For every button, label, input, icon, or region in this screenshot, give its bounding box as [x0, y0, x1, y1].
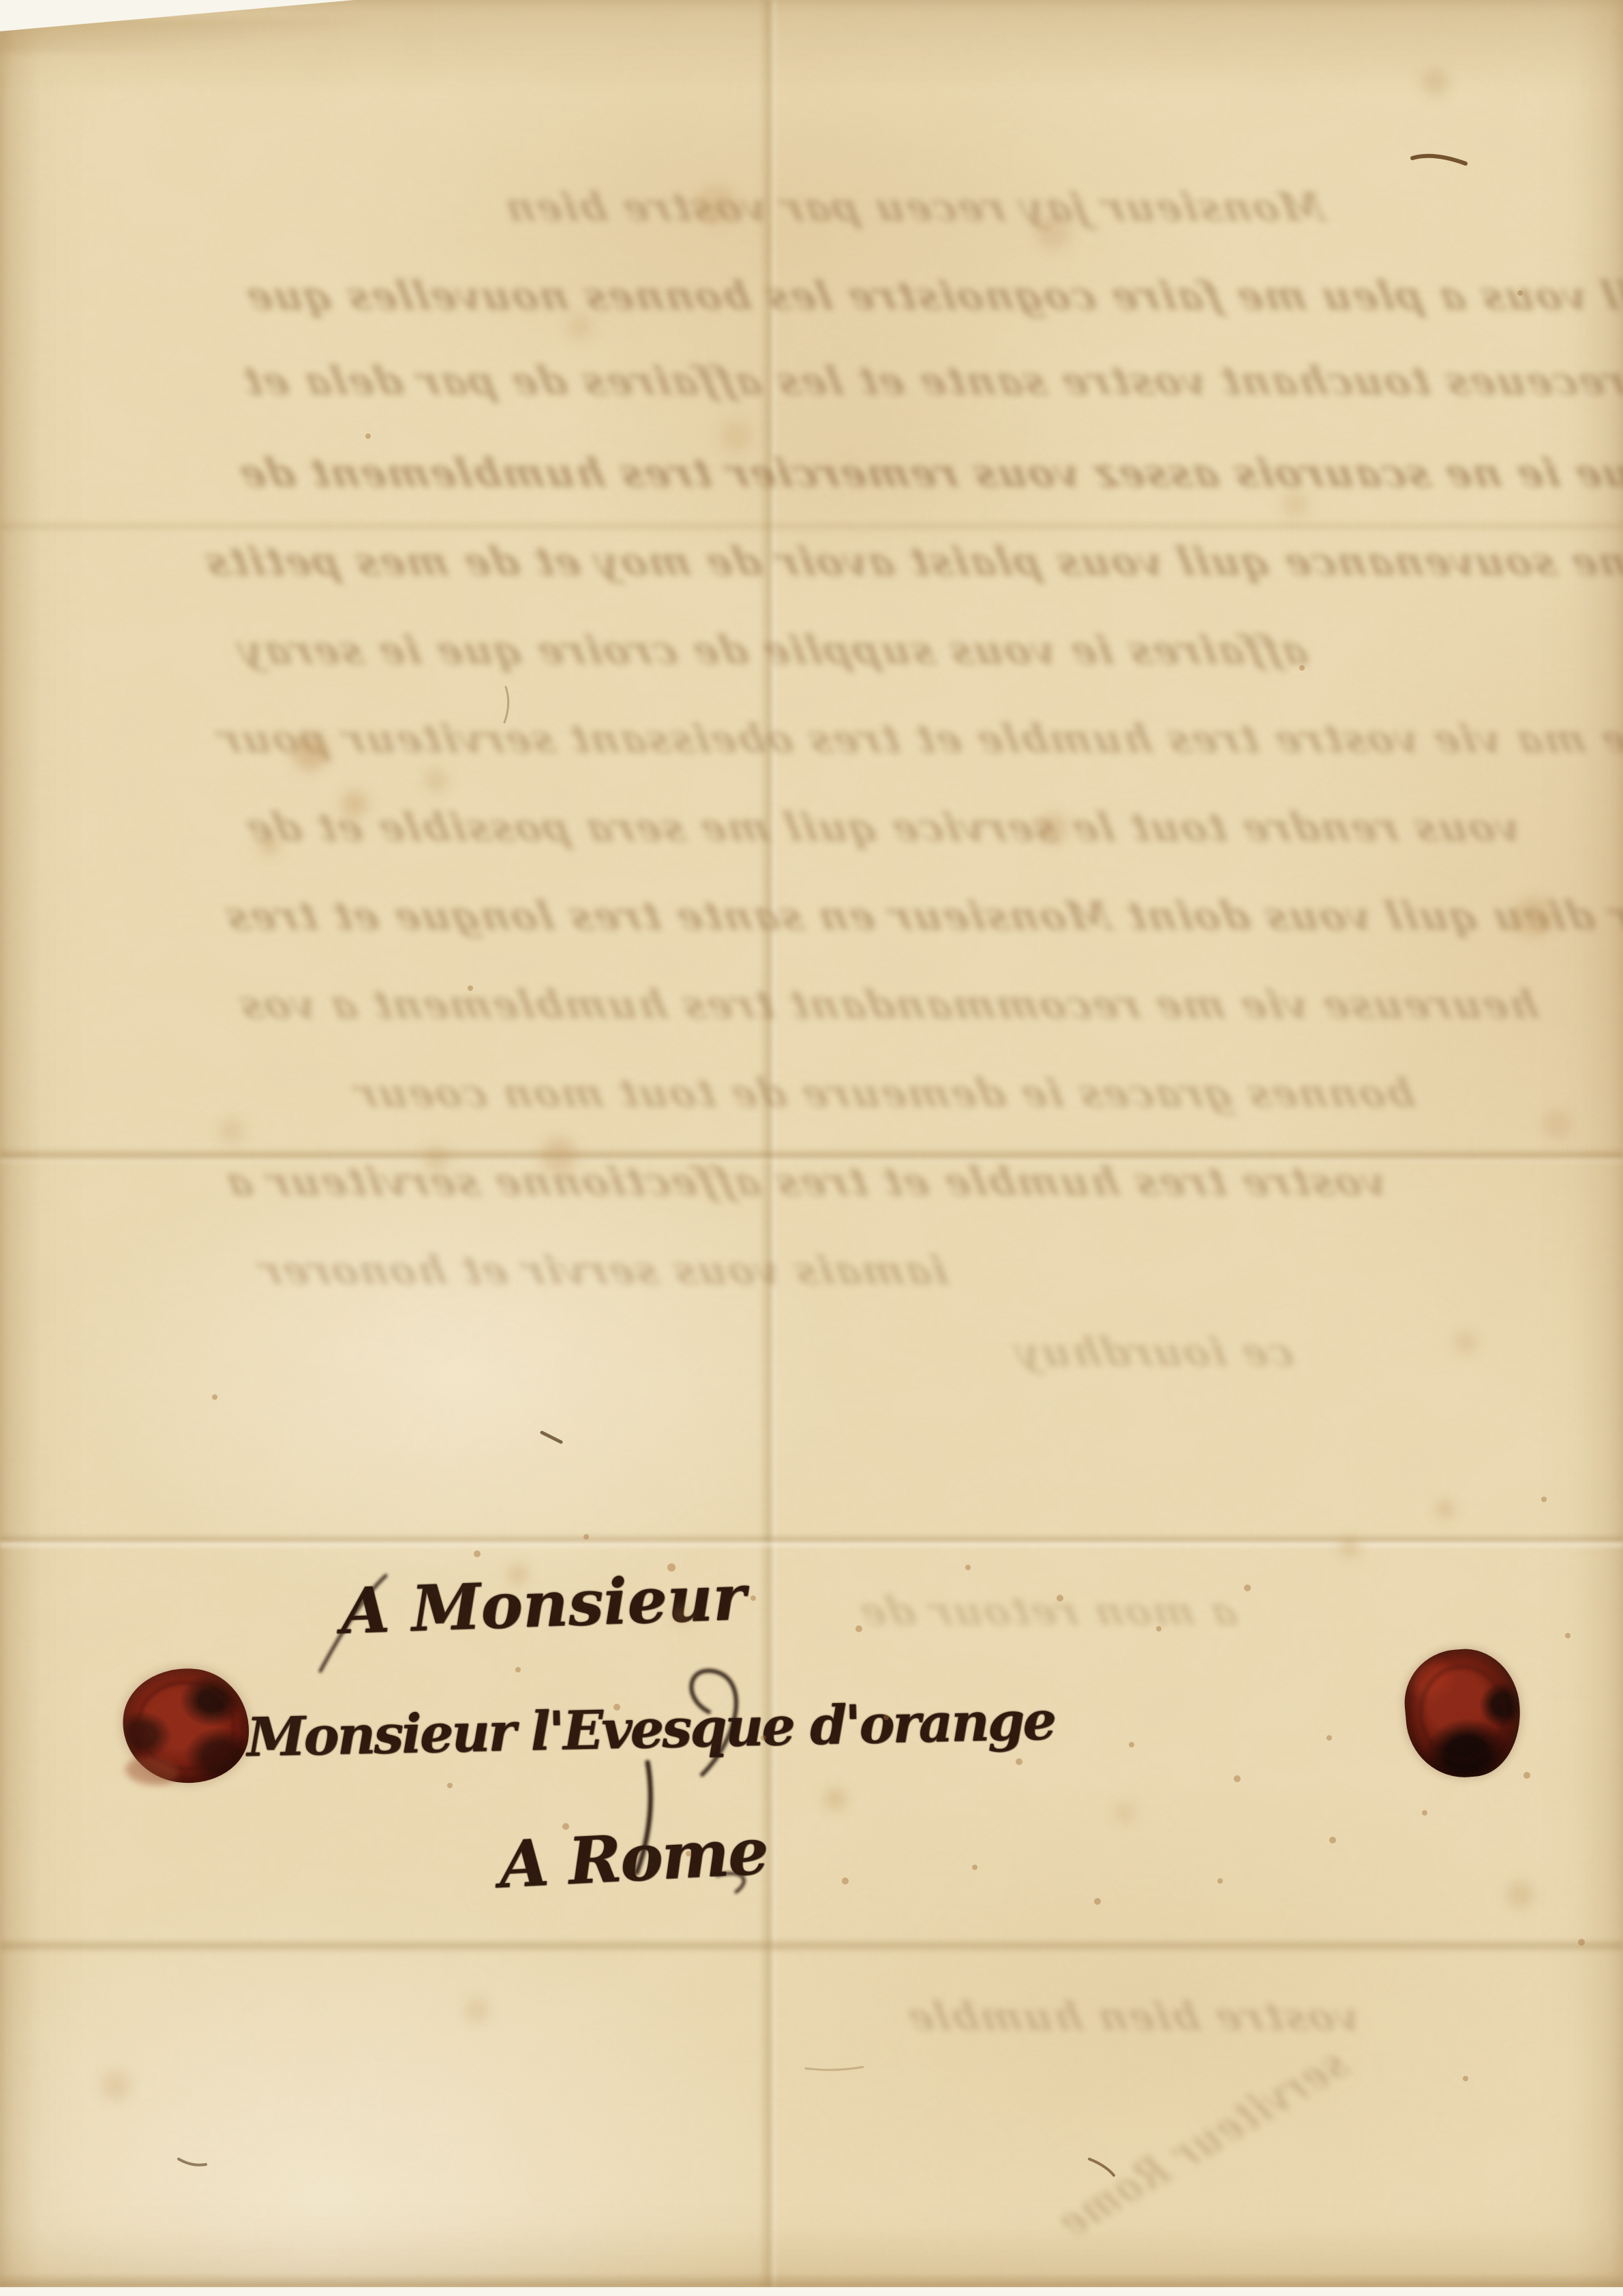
wax-seal-left: [117, 1662, 256, 1790]
bleedthrough-line: prier dieu quil vous doint Monsieur en s…: [220, 893, 1623, 939]
bleedthrough-line: Monsieur jay receu par vostre bien: [500, 184, 1329, 230]
bleedthrough-line: iamais vous servir et honorer: [254, 1247, 952, 1294]
paper-sheet: Monsieur jay receu par vostre bien dont …: [0, 0, 1623, 2287]
address-line-1: A Monsieur: [339, 1561, 747, 1649]
bleedthrough-line: toute ma vie vostre tres humble et tres …: [213, 716, 1623, 762]
horizontal-fold-crease-1: [0, 519, 1623, 533]
horizontal-fold-crease-3: [0, 1533, 1623, 1550]
bleedthrough-line: ie receues touchant vostre sante et les …: [237, 358, 1623, 404]
paper-mottle-texture: [0, 0, 1623, 2287]
scanned-letter-address-leaf: Monsieur jay receu par vostre bien dont …: [0, 0, 1623, 2296]
address-line-3: A Rome: [497, 1814, 769, 1903]
wax-seal-right: [1400, 1644, 1526, 1782]
bleedthrough-line: heureuse vie me recommandant tres humble…: [234, 981, 1543, 1028]
bleedthrough-line: dont il vous a pleu me faire cognoistre …: [241, 273, 1623, 319]
paper-grain-texture: [0, 0, 1623, 2287]
bleedthrough-line: bonnes graces ie demeure de tout mon coe…: [350, 1070, 1419, 1116]
bleedthrough-line: a mon retour de: [854, 1588, 1241, 1634]
bleedthrough-line: affaires ie vous supplie de croire que i…: [234, 627, 1312, 673]
corner-edge-shadow: [0, 19, 368, 53]
bleedthrough-line: vous rendre tout le service quil me sera…: [241, 804, 1524, 851]
bleedthrough-line: serviteur Rome: [1046, 2038, 1357, 2248]
horizontal-fold-crease-4: [0, 1938, 1623, 1953]
paper-texture-overlay: [0, 0, 1623, 2296]
bleedthrough-line: vostre bien humble: [902, 1993, 1363, 2040]
bottom-edge-shadow: [0, 2274, 1623, 2287]
bleedthrough-line: vostre tres humble et tres affectionne s…: [220, 1159, 1390, 1205]
vertical-fold-crease: [759, 0, 778, 2287]
bleedthrough-line: ce iourdhuy: [1011, 1329, 1298, 1375]
address-line-2: Monsieur l'Evesque d'orange: [246, 1690, 1055, 1769]
bleedthrough-line: pour ce que ie ne scaurois assez vous re…: [234, 450, 1623, 496]
bleedthrough-line: la bonne souvenance quil vous plaist avo…: [200, 538, 1623, 585]
